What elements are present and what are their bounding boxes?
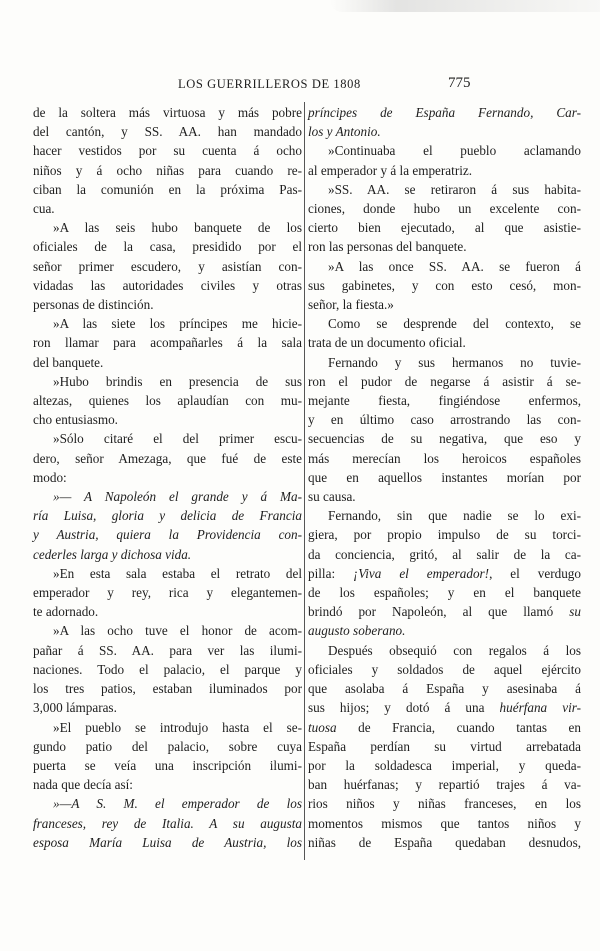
text-line: franceses, rey de Italia. A su augusta xyxy=(33,814,302,833)
text-line: por la soldadesca imperial, y queda- xyxy=(308,756,581,775)
text-line: España perdían su virtud arrebatada xyxy=(308,737,581,756)
text-line: hacer vestidos por su cuenta á ocho xyxy=(33,141,302,160)
text-line: cho entusiasmo. xyxy=(33,410,302,429)
text-line: ron el pudor de negarse á asistir á se- xyxy=(308,372,581,391)
text-line: »— A Napoleón el grande y á Ma- xyxy=(33,487,302,506)
text-line: gundo patio del palacio, sobre cuya xyxy=(33,737,302,756)
text-line: dero, señor Amezaga, que fué de este xyxy=(33,449,302,468)
text-line: de los españoles; y en el banquete xyxy=(308,583,581,602)
text-line: tuosa de Francia, cuando tantas en xyxy=(308,718,581,737)
running-title: LOS GUERRILLEROS DE 1808 xyxy=(178,77,361,92)
text-line: »—A S. M. el emperador de los xyxy=(33,794,302,813)
text-line: personas de distinción. xyxy=(33,295,302,314)
text-line: »SS. AA. se retiraron á sus habita- xyxy=(308,180,581,199)
text-line: Fernando, sin que nadie se lo exi- xyxy=(308,506,581,525)
text-line: príncipes de España Fernando, Car- xyxy=(308,103,581,122)
text-line: ron llamar para acompañarles á la sala xyxy=(33,333,302,352)
text-line: »A las once SS. AA. se fueron á xyxy=(308,257,581,276)
text-segment: huérfana vir- xyxy=(500,700,581,715)
text-segment: tuosa xyxy=(308,720,337,735)
text-line: niñas de España quedaban desnudos, xyxy=(308,833,581,852)
text-segment: , el verdugo xyxy=(489,566,581,581)
text-line: momentos mismos que tantos niños y xyxy=(308,814,581,833)
text-line: oficiales de la casa, presidido por el xyxy=(33,237,302,256)
text-line: que asolaba á España y asesinaba á xyxy=(308,679,581,698)
text-line: los tres patios, estaban iluminados por xyxy=(33,679,302,698)
text-line: más merecían los heroicos españoles xyxy=(308,449,581,468)
text-segment: sus hijos; y dotó á una xyxy=(308,700,500,715)
text-line: ciban la comunión en la próxima Pas- xyxy=(33,180,302,199)
text-line: trata de un documento oficial. xyxy=(308,333,581,352)
text-line: al emperador y á la emperatriz. xyxy=(308,161,581,180)
page-number: 775 xyxy=(448,75,471,92)
text-line: »A las seis hubo banquete de los xyxy=(33,218,302,237)
text-line: »A las ocho tuve el honor de acom- xyxy=(33,621,302,640)
text-line: y Austria, quiera la Providencia con- xyxy=(33,525,302,544)
text-line: ban huérfanas; y repartió trajes á va- xyxy=(308,775,581,794)
text-line: pilla: ¡Viva el emperador!, el verdugo xyxy=(308,564,581,583)
text-line: altezas, quienes los aplaudían con mu- xyxy=(33,391,302,410)
text-line: ría Luisa, gloria y delicia de Francia xyxy=(33,506,302,525)
text-line: del cantón, y SS. AA. han mandado xyxy=(33,122,302,141)
text-line: sus gabinetes, y con esto cesó, mon- xyxy=(308,276,581,295)
right-column: príncipes de España Fernando, Car-los y … xyxy=(308,103,581,852)
text-line: »Hubo brindis en presencia de sus xyxy=(33,372,302,391)
text-segment: su xyxy=(569,604,581,619)
text-line: y en último caso arrostrando las con- xyxy=(308,410,581,429)
text-line: Después obsequió con regalos á los xyxy=(308,641,581,660)
text-line: cederles larga y dichosa vida. xyxy=(33,545,302,564)
text-line: »En esta sala estaba el retrato del xyxy=(33,564,302,583)
text-line: puerta se veía una inscripción ilumi- xyxy=(33,756,302,775)
text-line: cua. xyxy=(33,199,302,218)
text-line: »El pueblo se introdujo hasta el se- xyxy=(33,718,302,737)
text-line: »Continuaba el pueblo aclamando xyxy=(308,141,581,160)
text-line: esposa María Luisa de Austria, los xyxy=(33,833,302,852)
text-line: señor, la fiesta.» xyxy=(308,295,581,314)
text-line: sus hijos; y dotó á una huérfana vir- xyxy=(308,698,581,717)
text-line: secuencias de su negativa, que eso y xyxy=(308,429,581,448)
text-line: vidadas las autoridades civiles y otras xyxy=(33,276,302,295)
text-segment: de Francia, cuando tantas en xyxy=(337,720,581,735)
text-line: que en aquellos instantes morían por xyxy=(308,468,581,487)
text-line: rios niños y niñas franceses, en los xyxy=(308,794,581,813)
text-line: »A las siete los príncipes me hicie- xyxy=(33,314,302,333)
text-line: modo: xyxy=(33,468,302,487)
text-line: »Sólo citaré el del primer escu- xyxy=(33,429,302,448)
text-line: te adornado. xyxy=(33,602,302,621)
text-line: Como se desprende del contexto, se xyxy=(308,314,581,333)
text-line: cierto bien ejecutado, al que asistie- xyxy=(308,218,581,237)
text-line: 3,000 lámparas. xyxy=(33,698,302,717)
column-divider xyxy=(304,102,305,860)
text-line: giera, por propio impulso de su torci- xyxy=(308,525,581,544)
text-line: nada que decía así: xyxy=(33,775,302,794)
text-line: del banquete. xyxy=(33,353,302,372)
text-line: mejante fiesta, fingiéndose enfermos, xyxy=(308,391,581,410)
text-line: augusto soberano. xyxy=(308,621,581,640)
text-segment: ¡Viva el emperador! xyxy=(353,566,489,581)
text-line: Fernando y sus hermanos no tuvie- xyxy=(308,353,581,372)
text-line: su causa. xyxy=(308,487,581,506)
text-segment: pilla: xyxy=(308,566,353,581)
text-line: ciones, donde hubo un excelente con- xyxy=(308,199,581,218)
text-line: niños y á ocho niñas para cuando re- xyxy=(33,161,302,180)
running-head: LOS GUERRILLEROS DE 1808 775 xyxy=(0,77,600,97)
text-line: oficiales y soldados de aquel ejército xyxy=(308,660,581,679)
text-segment: brindó por Napoleón, al que llamó xyxy=(308,604,569,619)
text-line: naciones. Todo el palacio, el parque y xyxy=(33,660,302,679)
scan-smudge xyxy=(330,0,600,12)
text-line: señor primer escudero, y asistían con- xyxy=(33,257,302,276)
left-column: de la soltera más virtuosa y más pobrede… xyxy=(33,103,302,852)
text-line: brindó por Napoleón, al que llamó su xyxy=(308,602,581,621)
text-line: los y Antonio. xyxy=(308,122,581,141)
text-line: da conciencia, gritó, al salir de la ca- xyxy=(308,545,581,564)
text-line: ron las personas del banquete. xyxy=(308,237,581,256)
text-line: emperador y rey, rica y elegantemen- xyxy=(33,583,302,602)
text-line: pañar á SS. AA. para ver las ilumi- xyxy=(33,641,302,660)
text-line: de la soltera más virtuosa y más pobre xyxy=(33,103,302,122)
